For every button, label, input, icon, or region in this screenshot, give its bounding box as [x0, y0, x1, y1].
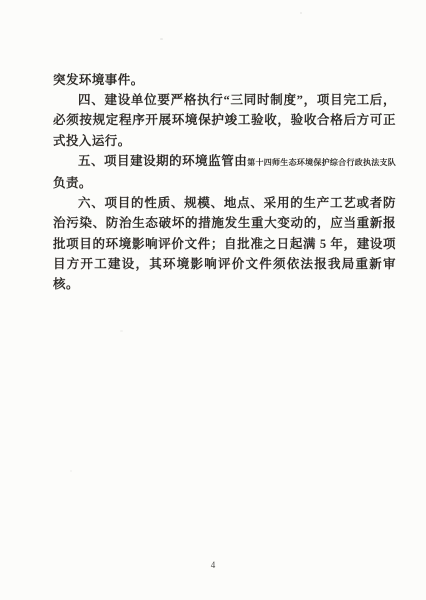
paragraph-continuation: 突发环境事件。: [53, 70, 396, 90]
document-body: 突发环境事件。 四、建设单位要严格执行“三同时制度”，项目完工后，必须按规定程序…: [53, 70, 396, 294]
item-5-text-suffix: 负责。: [53, 176, 92, 190]
scan-speck: [160, 38, 163, 40]
scan-speck: [70, 470, 72, 472]
scanned-document-page: 突发环境事件。 四、建设单位要严格执行“三同时制度”，项目完工后，必须按规定程序…: [0, 0, 426, 600]
scan-speck: [120, 330, 123, 332]
item-5-text: 五、项目建设期的环境监管由: [78, 154, 247, 168]
page-number: 4: [0, 560, 426, 570]
paragraph-item-6: 六、项目的性质、规模、地点、采用的生产工艺或者防治污染、防治生态破坏的措施发生重…: [53, 193, 396, 294]
scan-speck: [300, 12, 302, 14]
item-5-agency-small-text: 第十四师生态环境保护综合行政执法支队: [247, 158, 396, 167]
paragraph-item-4: 四、建设单位要严格执行“三同时制度”，项目完工后，必须按规定程序开展环境保护竣工…: [53, 90, 396, 151]
paragraph-item-5: 五、项目建设期的环境监管由第十四师生态环境保护综合行政执法支队负责。: [53, 151, 396, 193]
